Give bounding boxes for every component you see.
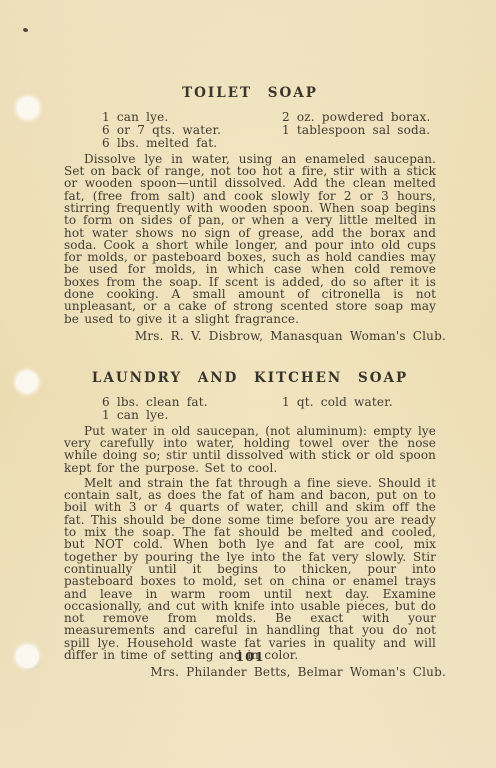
ingredients-laundry-kitchen-soap: 6 lbs. clean fat. 1 can lye. 1 qt. cold … [64,396,436,422]
ingredients-left-column: 6 lbs. clean fat. 1 can lye. [64,396,282,422]
ingredient-item: 1 can lye. [102,409,282,422]
recipe-instructions-paragraph: Put water in old saucepan, (not aluminum… [64,425,436,474]
ingredient-item: 6 or 7 qts. water. [102,124,282,137]
ingredients-right-column: 1 qt. cold water. [282,396,436,422]
recipe-title-laundry-kitchen-soap: LAUNDRY AND KITCHEN SOAP [64,343,436,386]
ingredient-item: 2 oz. powdered borax. [282,111,436,124]
recipe-title-toilet-soap: TOILET SOAP [64,0,436,101]
ingredient-item: 1 can lye. [102,111,282,124]
recipe-instructions-paragraph: Melt and strain the fat through a fine s… [64,477,436,661]
ingredients-left-column: 1 can lye. 6 or 7 qts. water. 6 lbs. mel… [64,111,282,150]
ingredients-toilet-soap: 1 can lye. 6 or 7 qts. water. 6 lbs. mel… [64,111,436,150]
hole-punch-top [17,97,39,119]
ingredient-item: 1 tablespoon sal soda. [282,124,436,137]
recipe-attribution: Mrs. R. V. Disbrow, Manasquan Woman's Cl… [64,330,446,343]
hole-punch-bottom [16,645,39,668]
ingredients-right-column: 2 oz. powdered borax. 1 tablespoon sal s… [282,111,436,150]
page-number: 101 [64,649,436,664]
ingredient-item: 6 lbs. melted fat. [102,137,282,150]
ingredient-item: 1 qt. cold water. [282,396,436,409]
recipe-attribution: Mrs. Philander Betts, Belmar Woman's Clu… [64,666,446,679]
hole-punch-middle [16,371,38,393]
recipe-instructions-paragraph: Dissolve lye in water, using an enameled… [64,153,436,325]
scanned-cookbook-page: TOILET SOAP 1 can lye. 6 or 7 qts. water… [0,0,496,768]
ingredient-item: 6 lbs. clean fat. [102,396,282,409]
ink-speck [23,27,29,32]
text-block: TOILET SOAP 1 can lye. 6 or 7 qts. water… [64,0,436,679]
